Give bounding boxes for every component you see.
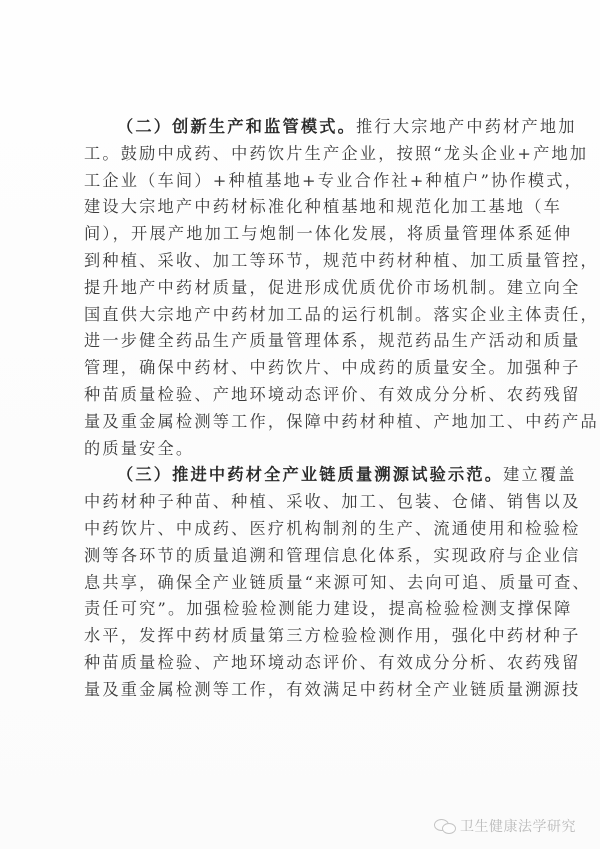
watermark: 卫生健康法学研究 [434, 816, 576, 836]
section-heading: （三）推进中药材全产业链质量溯源试验示范。 [117, 465, 503, 484]
paragraph-line: 水平，发挥中药材质量第三方检验检测作用，强化中药材种子 [84, 623, 524, 650]
paragraph-line: 提升地产中药材质量，促进形成优质优价市场机制。建立向全 [84, 275, 524, 302]
paragraph-line: 测等各环节的质量追溯和管理信息化体系，实现政府与企业信 [84, 543, 524, 570]
paragraph-line: 建设大宗地产中药材标准化种植基地和规范化加工基地（车 [84, 194, 524, 221]
paragraph-line: （二）创新生产和监管模式。推行大宗地产中药材产地加 [84, 114, 524, 141]
paragraph-line: 量及重金属检测等工作，有效满足中药材全产业链质量溯源技 [84, 677, 524, 704]
paragraph-line: 的质量安全。 [84, 436, 524, 463]
paragraph-line: 间），开展产地加工与炮制一体化发展，将质量管理体系延伸 [84, 221, 524, 248]
paragraph-line: 息共享，确保全产业链质量“来源可知、去向可追、质量可查、 [84, 570, 524, 597]
paragraph-line: 中药材种子种苗、种植、采收、加工、包装、仓储、销售以及 [84, 489, 524, 516]
paragraph-line: （三）推进中药材全产业链质量溯源试验示范。建立覆盖 [84, 462, 524, 489]
paragraph-line: 种苗质量检验、产地环境动态评价、有效成分分析、农药残留 [84, 382, 524, 409]
paragraph-line: 责任可究”。加强检验检测能力建设，提高检验检测支撑保障 [84, 596, 524, 623]
paragraph-line: 量及重金属检测等工作，保障中药材种植、产地加工、中药产品 [84, 409, 524, 436]
paragraph-line: 种苗质量检验、产地环境动态评价、有效成分分析、农药残留 [84, 650, 524, 677]
document-body: （二）创新生产和监管模式。推行大宗地产中药材产地加 工。鼓励中成药、中药饮片生产… [84, 114, 524, 704]
paragraph-line: 到种植、采收、加工等环节，规范中药材种植、加工质量管控， [84, 248, 524, 275]
wechat-icon [434, 818, 456, 834]
paragraph-line: 工企业（车间）+种植基地+专业合作社+种植户”协作模式， [84, 168, 524, 195]
watermark-text: 卫生健康法学研究 [460, 816, 576, 836]
paragraph-line: 国直供大宗地产中药材加工品的运行机制。落实企业主体责任， [84, 302, 524, 329]
paragraph-line: 管理，确保中药材、中药饮片、中成药的质量安全。加强种子 [84, 355, 524, 382]
paragraph-line: 工。鼓励中成药、中药饮片生产企业，按照“龙头企业+产地加 [84, 141, 524, 168]
paragraph-line: 中药饮片、中成药、医疗机构制剂的生产、流通使用和检验检 [84, 516, 524, 543]
paragraph-line: 进一步健全药品生产质量管理体系，规范药品生产活动和质量 [84, 328, 524, 355]
document-page: （二）创新生产和监管模式。推行大宗地产中药材产地加 工。鼓励中成药、中药饮片生产… [0, 0, 600, 849]
section-heading: （二）创新生产和监管模式。 [117, 117, 356, 136]
